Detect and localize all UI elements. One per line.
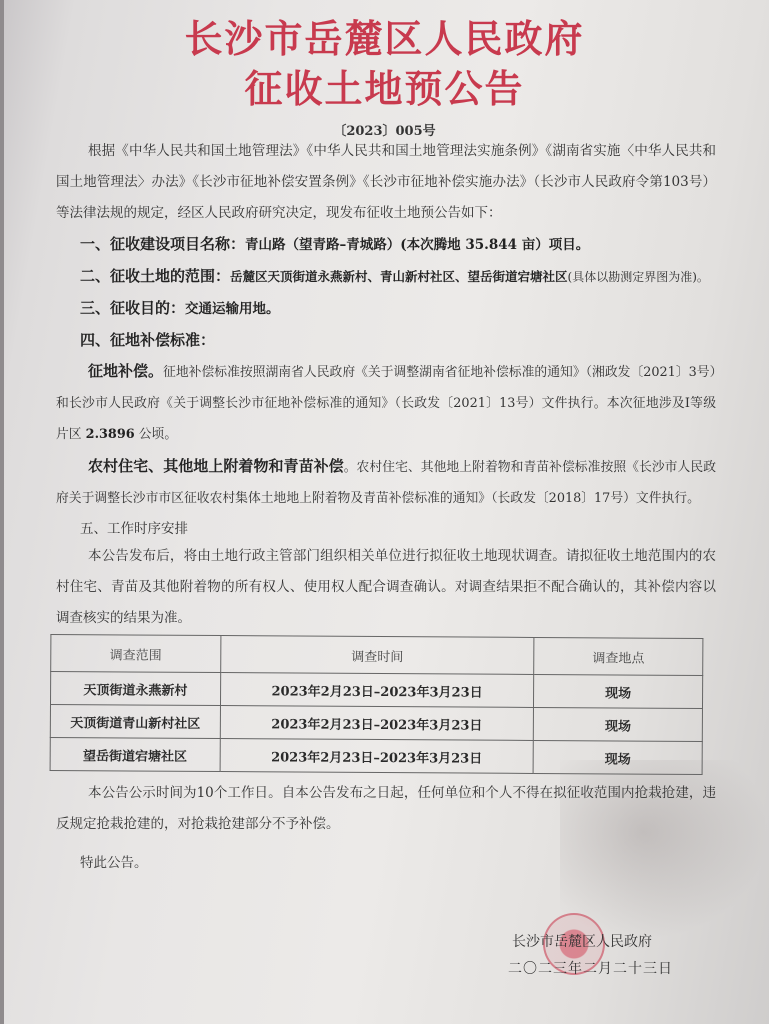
section-4-paragraph-1: 征地补偿。征地补偿标准按照湖南省人民政府《关于调整湖南省征地补偿标准的通知》（湘… bbox=[56, 356, 716, 450]
section-3: 三、征收目的：交通运输用地。 bbox=[80, 297, 280, 318]
cell-time: 2023年2月23日–2023年3月23日 bbox=[220, 673, 534, 708]
section-2-text: 岳麓区天顶街道永燕新村、青山新村社区、望岳街道宕塘社区 bbox=[230, 269, 568, 284]
issuer-name: 长沙市岳麓区人民政府 bbox=[512, 931, 652, 951]
document-subtitle: 征收土地预公告 bbox=[0, 58, 769, 113]
survey-table: 调查范围 调查时间 调查地点 天顶街道永燕新村 2023年2月23日–2023年… bbox=[50, 634, 704, 775]
section-2: 二、征收土地的范围：岳麓区天顶街道永燕新村、青山新村社区、望岳街道宕塘社区(具体… bbox=[80, 265, 709, 286]
section-5: 五、工作时序安排 bbox=[80, 517, 188, 537]
paper-edge bbox=[0, 0, 4, 1024]
cell-scope: 天顶街道青山新村社区 bbox=[50, 705, 220, 739]
cell-time: 2023年2月23日–2023年3月23日 bbox=[220, 739, 534, 774]
section-3-label: 三、征收目的： bbox=[80, 299, 185, 317]
header-survey-location: 调查地点 bbox=[534, 637, 703, 675]
section-4-label: 四、征地补偿标准： bbox=[80, 331, 215, 349]
cell-scope: 望岳街道宕塘社区 bbox=[50, 738, 220, 772]
land-compensation-heading: 征地补偿。 bbox=[88, 362, 163, 380]
document-title: 长沙市岳麓区人民政府 bbox=[0, 8, 769, 63]
cell-time: 2023年2月23日–2023年3月23日 bbox=[220, 706, 534, 741]
table-row: 天顶街道永燕新村 2023年2月23日–2023年3月23日 现场 bbox=[50, 672, 702, 709]
section-1: 一、征收建设项目名称：青山路（望青路–青城路）(本次腾地 35.844 亩）项目… bbox=[80, 233, 589, 254]
cell-location: 现场 bbox=[533, 740, 702, 774]
section-5-paragraph: 本公告发布后，将由土地行政主管部门组织相关单位进行拟征收土地现状调查。请拟征收土… bbox=[56, 541, 716, 634]
section-4-paragraph-2: 农村住宅、其他地上附着物和青苗补偿。农村住宅、其他地上附着物和青苗补偿标准按照《… bbox=[56, 451, 716, 514]
housing-compensation-heading: 农村住宅、其他地上附着物和青苗补偿 bbox=[88, 457, 344, 475]
section-5-label: 五、工作时序安排 bbox=[80, 521, 188, 537]
section-3-text: 交通运输用地。 bbox=[185, 301, 280, 317]
table-row: 天顶街道青山新村社区 2023年2月23日–2023年3月23日 现场 bbox=[50, 705, 702, 742]
cell-scope: 天顶街道永燕新村 bbox=[50, 672, 220, 706]
table-row: 望岳街道宕塘社区 2023年2月23日–2023年3月23日 现场 bbox=[50, 738, 702, 775]
land-compensation-unit: 公顷。 bbox=[139, 427, 177, 442]
section-4: 四、征地补偿标准： bbox=[80, 329, 215, 350]
closing-notice: 本公告公示时间为10个工作日。自本公告发布之日起，任何单位和个人不得在拟征收范围… bbox=[56, 778, 716, 840]
closing-end: 特此公告。 bbox=[80, 851, 148, 871]
issue-date: 二〇二三年二月二十三日 bbox=[508, 958, 673, 978]
section-2-note: (具体以勘测定界图为准)。 bbox=[568, 270, 709, 284]
preamble-paragraph: 根据《中华人民共和国土地管理法》《中华人民共和国土地管理法实施条例》《湖南省实施… bbox=[56, 136, 716, 229]
section-2-label: 二、征收土地的范围： bbox=[80, 267, 230, 285]
section-1-text: 青山路（望青路–青城路）(本次腾地 35.844 亩）项目。 bbox=[245, 237, 589, 253]
land-compensation-area: 2.3896 bbox=[86, 427, 135, 442]
cell-location: 现场 bbox=[534, 674, 703, 708]
header-survey-scope: 调查范围 bbox=[51, 635, 221, 673]
header-survey-time: 调查时间 bbox=[220, 636, 534, 675]
section-1-label: 一、征收建设项目名称： bbox=[80, 235, 245, 253]
cell-location: 现场 bbox=[534, 707, 703, 741]
table-header-row: 调查范围 调查时间 调查地点 bbox=[51, 635, 703, 676]
